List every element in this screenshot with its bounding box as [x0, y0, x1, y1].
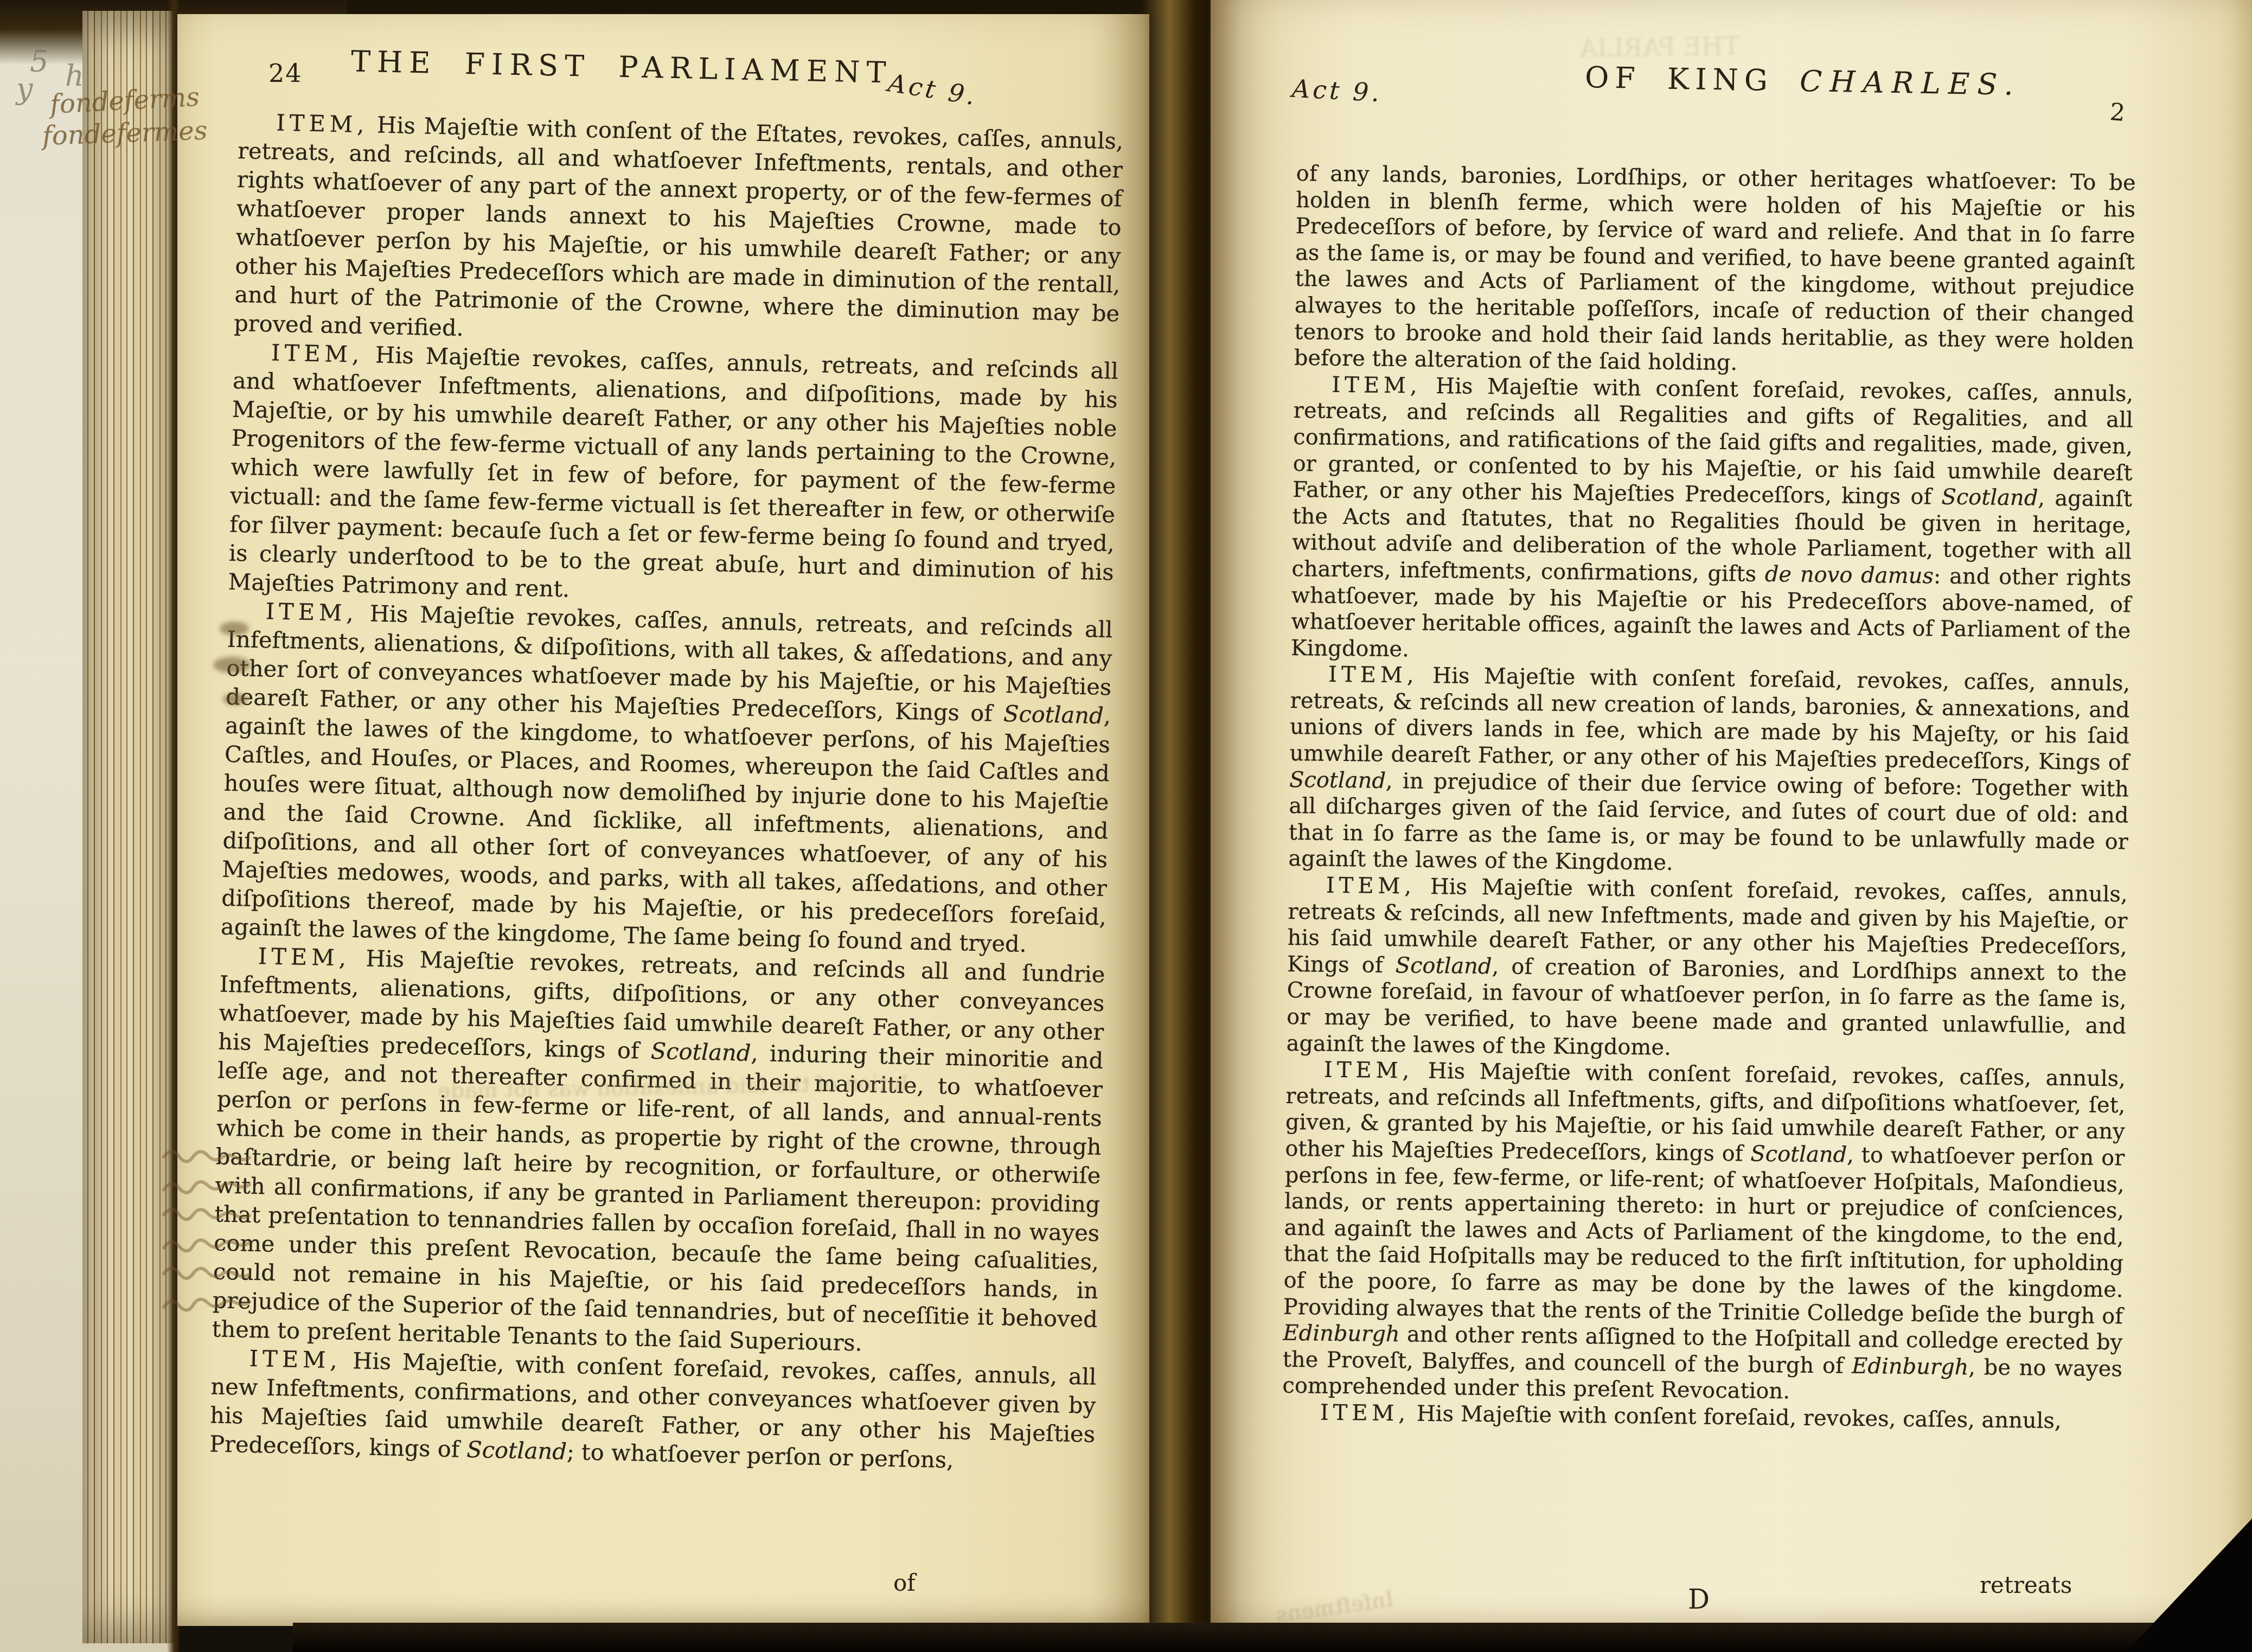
ink-scribble-line [160, 1290, 296, 1316]
right-running-title: OF KING CHARLES. [1585, 60, 2021, 102]
marginalia-annotation: fondefermes [42, 116, 208, 152]
paragraph: ITEM, His Majeſtie with conſent foreſaid… [1286, 872, 2128, 1066]
paragraph: ITEM, His Majeſtie revokes, retreats, an… [212, 941, 1105, 1362]
page-fore-edge-stack [82, 11, 175, 1643]
scan-bottom-edge [293, 1623, 2252, 1652]
marginalia-scribbles [161, 1145, 302, 1321]
right-title-italic: CHARLES. [1800, 64, 2021, 102]
paragraph: ITEM, His Majeſtie with conſent foreſaid… [1291, 372, 2134, 671]
left-act-label: Act 9. [886, 68, 980, 111]
left-running-title: THE FIRST PARLIAMENT [350, 44, 893, 90]
paragraph: ITEM, His Majeſtie with conſent foreſaid… [1282, 1056, 2126, 1408]
left-catchword: of [893, 1570, 916, 1596]
ink-scribble-line [160, 1173, 277, 1198]
right-title-prefix: OF KING [1585, 60, 1800, 98]
ink-smudge [223, 693, 248, 705]
ink-scribble-line [160, 1232, 258, 1257]
paragraph: of any lands, baronies, Lordſhips, or ot… [1294, 161, 2136, 381]
left-text-column: ITEM, His Majeſtie with conſent of the E… [209, 107, 1124, 1477]
paragraph: ITEM, His Majeſtie, with conſent foreſai… [209, 1343, 1097, 1477]
ink-smudge [220, 622, 249, 636]
gathering-signature: D [1688, 1584, 1710, 1615]
ink-smudge [213, 657, 251, 673]
left-page: 24 THE FIRST PARLIAMENT Act 9. ITEM, His… [177, 14, 1149, 1626]
paragraph: ITEM, His Majeſtie revokes, caſſes, annu… [220, 596, 1112, 960]
right-page-number: 2 [2109, 98, 2126, 127]
book-scan: 5 y h 24 THE FIRST PARLIAMENT Act 9. ITE… [0, 0, 2252, 1652]
paragraph: ITEM, His Majeſtie with conſent of the E… [234, 107, 1124, 357]
right-act-label: Act 9. [1291, 74, 1383, 108]
left-page-number: 24 [268, 59, 303, 88]
right-catchword: retreats [1980, 1572, 2072, 1598]
ink-scribble-line [160, 1260, 277, 1286]
right-showthrough-top: THE PARLIA [1579, 31, 1740, 63]
ink-scribble-line [160, 1202, 296, 1228]
paragraph: ITEM, His Majeſtie with conſent foreſaid… [1288, 661, 2130, 881]
paragraph: ITEM, His Majeſtie revokes, caſſes, annu… [228, 337, 1118, 615]
right-showthrough-bottom: Infeftmens [1275, 1586, 1396, 1628]
flyleaf-inscription-y: y [16, 72, 33, 106]
right-page: Act 9. OF KING CHARLES. 2 THE PARLIA of … [1211, 0, 2252, 1634]
ink-scribble-line [160, 1144, 258, 1169]
right-text-column: of any lands, baronies, Lordſhips, or ot… [1282, 161, 2136, 1435]
